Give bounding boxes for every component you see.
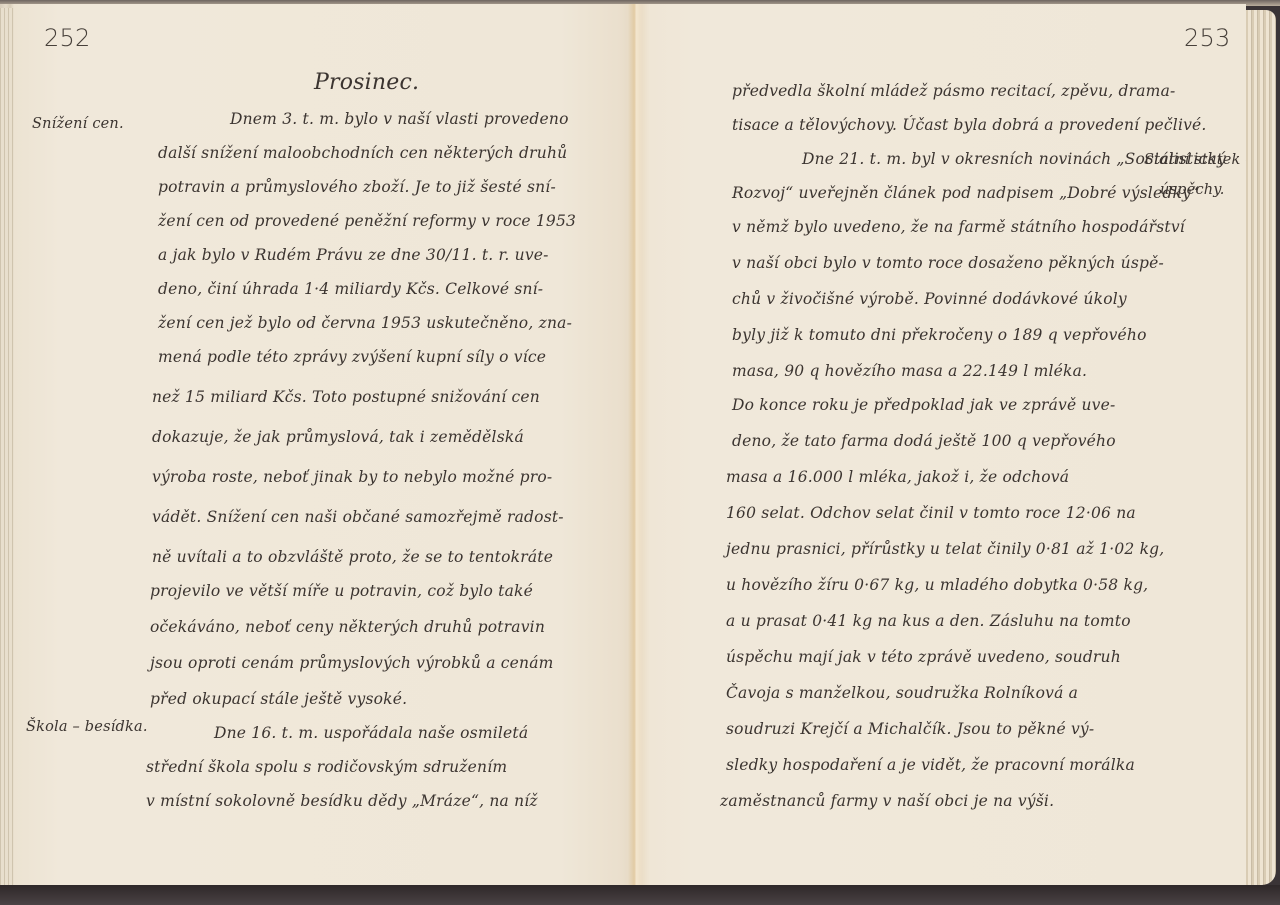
text-line: 160 selat. Odchov selat činil v tomto ro… — [726, 504, 1136, 522]
text-line: než 15 miliard Kčs. Toto postupné snižov… — [152, 388, 540, 406]
text-line: chů v živočišné výrobě. Povinné dodávkov… — [732, 290, 1127, 308]
text-line: v naší obci bylo v tomto roce dosaženo p… — [732, 254, 1164, 272]
text-line: ně uvítali a to obzvláště proto, že se t… — [152, 548, 553, 566]
text-line: mená podle této zprávy zvýšení kupní síl… — [158, 348, 546, 366]
text-line: a u prasat 0·41 kg na kus a den. Zásluhu… — [726, 612, 1131, 630]
page-heading: Prosinec. — [314, 70, 419, 95]
text-line: předvedla školní mládež pásmo recitací, … — [732, 82, 1175, 100]
text-line: a jak bylo v Rudém Právu ze dne 30/11. t… — [158, 246, 549, 264]
book-spine — [628, 4, 642, 888]
text-line: jsou oproti cenám průmyslových výrobků a… — [150, 654, 554, 672]
text-line: dokazuje, že jak průmyslová, tak i zeměd… — [152, 428, 524, 446]
right-page-stack — [1246, 10, 1276, 885]
margin-note: Škola – besídka. — [26, 719, 148, 735]
text-line: před okupací stále ještě vysoké. — [150, 690, 407, 708]
text-line: výroba roste, neboť jinak by to nebylo m… — [152, 468, 552, 486]
text-line: Dne 21. t. m. byl v okresních novinách „… — [802, 150, 1226, 168]
text-line: Do konce roku je předpoklad jak ve zpráv… — [732, 396, 1115, 414]
text-line: Čavoja s manželkou, soudružka Rolníková … — [726, 684, 1078, 702]
text-line: v němž bylo uvedeno, že na farmě státníh… — [732, 218, 1185, 236]
text-line: deno, že tato farma dodá ještě 100 q vep… — [732, 432, 1116, 450]
text-line: deno, činí úhrada 1·4 miliardy Kčs. Celk… — [158, 280, 543, 298]
text-line: projevilo ve větší míře u potravin, což … — [150, 582, 533, 600]
text-line: očekáváno, neboť ceny některých druhů po… — [150, 618, 545, 636]
right-page: 253 Státní statek – úspěchy. předvedla š… — [636, 4, 1246, 888]
text-line: soudruzi Krejčí a Michalčík. Jsou to pěk… — [726, 720, 1094, 738]
text-line: potravin a průmyslového zboží. Je to již… — [158, 178, 556, 196]
text-line: masa, 90 q hovězího masa a 22.149 l mlék… — [732, 362, 1087, 380]
text-line: žení cen od provedené peněžní reformy v … — [158, 212, 576, 230]
text-line: v místní sokolovně besídku dědy „Mráze“,… — [146, 792, 538, 810]
text-line: jednu prasnici, přírůstky u telat činily… — [726, 540, 1164, 558]
text-line: střední škola spolu s rodičovským sdruže… — [146, 758, 507, 776]
text-line: sledky hospodaření a je vidět, že pracov… — [726, 756, 1135, 774]
text-line: Rozvoj“ uveřejněn článek pod nadpisem „D… — [732, 184, 1199, 202]
table-surface — [0, 885, 1280, 905]
text-line: masa a 16.000 l mléka, jakož i, že odcho… — [726, 468, 1069, 486]
page-number-left: 252 — [44, 24, 90, 52]
text-line: úspěchu mají jak v této zprávě uvedeno, … — [726, 648, 1121, 666]
text-line: vádět. Snížení cen naši občané samozřejm… — [152, 508, 564, 526]
open-book: 252 Prosinec. Snížení cen. Škola – besíd… — [0, 0, 1280, 895]
left-page: 252 Prosinec. Snížení cen. Škola – besíd… — [0, 4, 636, 888]
margin-note: Snížení cen. — [32, 116, 124, 132]
left-page-stack — [0, 8, 14, 892]
text-line: Dnem 3. t. m. bylo v naší vlasti provede… — [230, 110, 569, 128]
text-line: byly již k tomuto dni překročeny o 189 q… — [732, 326, 1147, 344]
text-line: žení cen jež bylo od června 1953 uskuteč… — [158, 314, 572, 332]
text-line: u hovězího žíru 0·67 kg, u mladého dobyt… — [726, 576, 1148, 594]
text-line: zaměstnanců farmy v naší obci je na výši… — [720, 792, 1054, 810]
text-line: Dne 16. t. m. uspořádala naše osmiletá — [214, 724, 528, 742]
text-line: další snížení maloobchodních cen některý… — [158, 144, 567, 162]
text-line: tisace a tělovýchovy. Účast byla dobrá a… — [732, 116, 1207, 134]
page-number-right: 253 — [1184, 24, 1230, 52]
